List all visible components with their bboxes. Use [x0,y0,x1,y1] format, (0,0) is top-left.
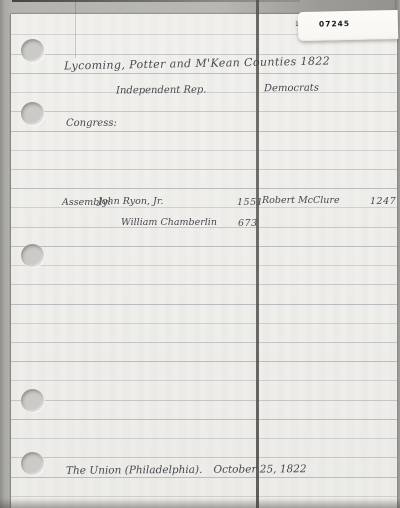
scan-bottom-shadow [0,498,400,508]
ruled-line [11,246,397,247]
ruled-line [11,400,397,401]
archive-label-sticker: 07245 [298,10,399,41]
ruled-line [11,111,397,112]
ruled-line [11,438,397,439]
ruled-line [11,73,397,74]
ruled-line [11,150,397,151]
assembly-votes-2: 673 [238,218,258,229]
binder-hole [21,389,44,412]
ruled-line [11,496,397,497]
ruled-line [11,265,397,266]
citation-date: October 25, 1822 [213,463,306,476]
ruled-line [11,457,397,458]
binder-hole [21,39,44,62]
binder-hole [21,244,44,267]
ruled-line [11,188,397,189]
source-citation: The Union (Philadelphia).October 25, 182… [66,463,307,477]
archive-label-number: 07245 [319,19,350,29]
assembly-candidate-1: John Ryon, Jr. [98,196,163,207]
ruled-line [11,131,397,132]
assembly-opponent-votes-1: 1247 [370,196,396,207]
binder-hole [21,452,44,475]
assembly-opponent-1: Robert McClure [262,195,340,206]
assembly-votes-1: 1551 [237,197,263,208]
ruled-line [11,361,397,362]
column-header-independent-rep: Independent Rep. [116,85,207,97]
ruled-line [11,380,397,381]
column-header-democrats: Democrats [264,83,319,95]
ruled-line [11,419,397,420]
scanned-document: { "label": { "number": "07245", "edge_ma… [0,0,400,508]
ruled-line [11,284,397,285]
ruled-line [11,54,397,55]
ruled-line [11,304,397,305]
ruled-line [11,342,397,343]
assembly-candidate-2: William Chamberlin [121,217,217,228]
ruled-line [11,169,397,170]
crease-line [75,0,76,58]
label-edge-mark: 1 [295,21,299,28]
congress-section-label: Congress: [66,118,117,129]
center-fold-line [256,0,259,508]
binder-hole [21,102,44,125]
ruled-line [11,323,397,324]
citation-newspaper: The Union (Philadelphia). [66,464,203,477]
